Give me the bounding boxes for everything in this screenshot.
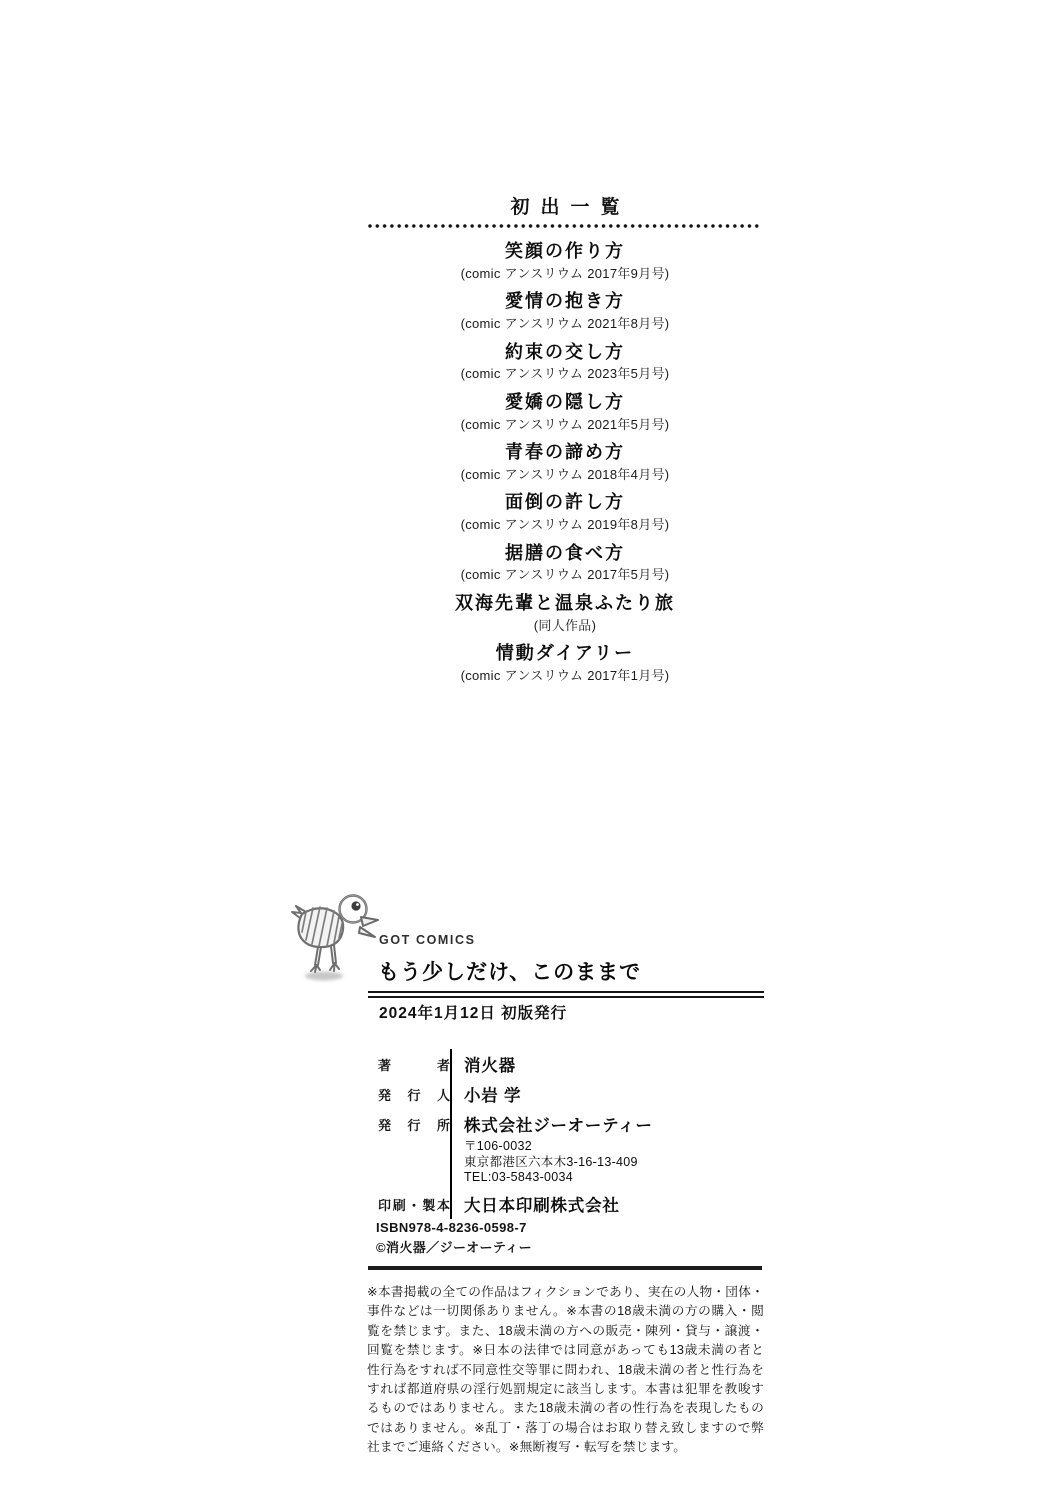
printing-company: 大日本印刷株式会社 (451, 1189, 714, 1219)
book-title: もう少しだけ、このままで (368, 956, 764, 986)
label-author: 著者 (378, 1055, 450, 1074)
work-source: (comic アンスリウム 2021年5月号) (368, 415, 762, 435)
postal-code: 〒106-0032 (464, 1139, 714, 1155)
publishing-house-name: 株式会社ジーオーティー (464, 1112, 714, 1136)
legal-disclaimer: ※本書掲載の全ての作品はフィクションであり、実在の人物・団体・事件などは一切関係… (367, 1283, 764, 1458)
list-item: 愛情の抱き方 (comic アンスリウム 2021年8月号) (368, 290, 762, 333)
table-row: 著者 消火器 (378, 1049, 714, 1079)
table-row: 印刷・製本 大日本印刷株式会社 (378, 1189, 714, 1219)
imprint-label: GOT COMICS (379, 933, 476, 947)
work-title: 情動ダイアリー (368, 642, 762, 666)
work-source: (comic アンスリウム 2018年4月号) (368, 465, 762, 485)
colophon-table: 著者 消火器 発行人 小岩 学 発行所 株式会社ジーオーティー 〒106-003… (378, 1049, 714, 1219)
work-title: 愛情の抱き方 (368, 290, 762, 314)
colophon-label: 発行人 (378, 1079, 451, 1109)
work-title: 約束の交し方 (368, 341, 762, 365)
work-source: (comic アンスリウム 2017年9月号) (368, 264, 762, 284)
work-title: 青春の諦め方 (368, 441, 762, 465)
colophon-label: 著者 (378, 1049, 451, 1079)
list-item: 据膳の食べ方 (comic アンスリウム 2017年5月号) (368, 542, 762, 585)
book-title-block: もう少しだけ、このままで (368, 956, 764, 998)
list-item: 青春の諦め方 (comic アンスリウム 2018年4月号) (368, 441, 762, 484)
list-item: 情動ダイアリー (comic アンスリウム 2017年1月号) (368, 642, 762, 685)
work-title: 双海先輩と温泉ふたり旅 (368, 592, 762, 616)
label-publisher-person: 発行人 (378, 1085, 450, 1104)
phone-number: TEL:03-5843-0034 (464, 1170, 714, 1186)
work-source: (comic アンスリウム 2023年5月号) (368, 364, 762, 384)
list-item: 愛嬌の隠し方 (comic アンスリウム 2021年5月号) (368, 391, 762, 434)
list-item: 笑顔の作り方 (comic アンスリウム 2017年9月号) (368, 240, 762, 283)
colophon-label: 発行所 (378, 1109, 451, 1189)
work-title: 笑顔の作り方 (368, 240, 762, 264)
isbn: ISBN978-4-8236-0598-7 (376, 1218, 532, 1238)
work-title: 据膳の食べ方 (368, 542, 762, 566)
publisher-person-name: 小岩 学 (451, 1079, 714, 1109)
list-item: 約束の交し方 (comic アンスリウム 2023年5月号) (368, 341, 762, 384)
list-item: 面倒の許し方 (comic アンスリウム 2019年8月号) (368, 491, 762, 534)
dotted-divider (368, 224, 762, 228)
publisher-details: 〒106-0032 東京都港区六本木3-16-13-409 TEL:03-584… (464, 1139, 714, 1186)
isbn-block: ISBN978-4-8236-0598-7 ©消火器／ジーオーティー (376, 1218, 532, 1257)
author-name: 消火器 (451, 1049, 714, 1079)
works-list: 笑顔の作り方 (comic アンスリウム 2017年9月号) 愛情の抱き方 (c… (368, 240, 762, 692)
work-source: (comic アンスリウム 2017年5月号) (368, 565, 762, 585)
colophon-label: 印刷・製本 (378, 1189, 451, 1219)
disclaimer-divider (368, 1266, 762, 1270)
work-source: (comic アンスリウム 2021年8月号) (368, 314, 762, 334)
copyright: ©消火器／ジーオーティー (376, 1238, 532, 1258)
address: 東京都港区六本木3-16-13-409 (464, 1155, 714, 1171)
first-publication-heading: 初出一覧 (368, 192, 762, 219)
label-printing: 印刷・製本 (378, 1195, 450, 1214)
work-source: (同人作品) (368, 616, 762, 636)
book-colophon-page: { "works_section": { "heading": "初出一覧", … (0, 0, 1057, 1500)
work-title: 面倒の許し方 (368, 491, 762, 515)
work-source: (comic アンスリウム 2019年8月号) (368, 515, 762, 535)
label-publishing-house: 発行所 (378, 1115, 450, 1134)
title-underline (368, 991, 764, 998)
publishing-house: 株式会社ジーオーティー 〒106-0032 東京都港区六本木3-16-13-40… (451, 1109, 714, 1189)
list-item: 双海先輩と温泉ふたり旅 (同人作品) (368, 592, 762, 635)
table-row: 発行所 株式会社ジーオーティー 〒106-0032 東京都港区六本木3-16-1… (378, 1109, 714, 1189)
table-row: 発行人 小岩 学 (378, 1079, 714, 1109)
work-source: (comic アンスリウム 2017年1月号) (368, 666, 762, 686)
edition-date: 2024年1月12日 初版発行 (379, 1001, 567, 1023)
work-title: 愛嬌の隠し方 (368, 391, 762, 415)
